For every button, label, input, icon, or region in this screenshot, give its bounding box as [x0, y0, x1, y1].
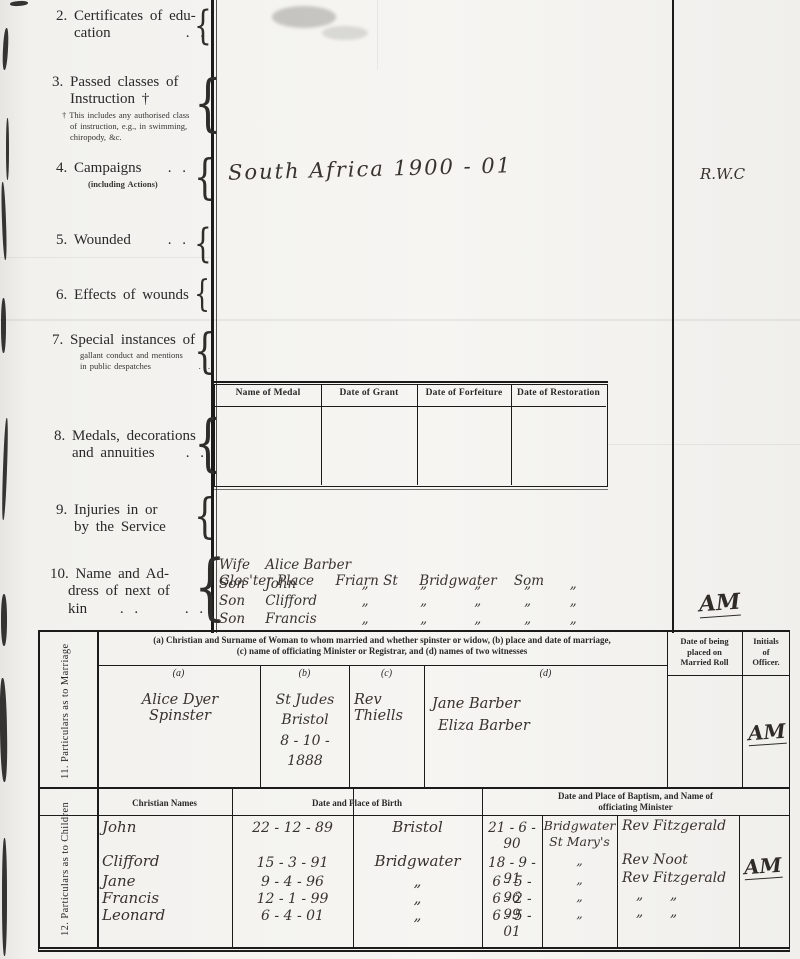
section-9-label: 9. Injuries in or by the Service	[56, 502, 206, 537]
children-birth-header: Date and Place of Birth	[232, 798, 482, 809]
paper-crease	[377, 0, 378, 70]
wife-status-line: Spinster	[110, 708, 250, 724]
initials-header-line3: Officer.	[743, 657, 789, 668]
medals-header-restoration: Date of Restoration	[511, 388, 606, 398]
marriage-officer-initials-monogram: AM	[747, 719, 786, 747]
footnote-line1: † This includes any authorised class	[62, 110, 214, 121]
section-8-dots: . .	[186, 445, 206, 462]
marriage-header-text: (a) Christian and Surname of Woman to wh…	[102, 635, 662, 658]
section-8-label: 8. Medals, decorations and annuities . .	[54, 428, 206, 463]
medals-header-underline	[215, 406, 606, 407]
marriage-col-a-divider	[260, 665, 261, 787]
pencil-smudge	[322, 26, 368, 40]
rule-right-divider	[672, 0, 674, 633]
child-name: Jane	[102, 872, 136, 890]
marriage-place-date: St Judes Bristol 8 - 10 - 1888	[262, 690, 348, 771]
marriage-witnesses: Jane Barber Eliza Barber	[432, 694, 572, 738]
marriage-city: Bristol	[262, 710, 348, 730]
kin-officer-initials-monogram: AM	[698, 589, 741, 619]
section-4-label: 4. Campaigns . .	[56, 160, 188, 177]
child-minister: Rev Fitzgerald	[622, 870, 737, 886]
paper-crease	[0, 257, 211, 258]
paper-tear-mark	[0, 678, 8, 782]
kin-relation: Son	[219, 576, 261, 592]
child-birth-place: „	[353, 872, 482, 890]
marriage-header-underline	[97, 665, 667, 666]
child-baptism-date: 21 - 6 - 90	[482, 820, 542, 852]
section-4-subnote: (including Actions)	[88, 179, 158, 190]
child-birth-place: „	[353, 889, 482, 907]
child-baptism-date: 6 - 5 - 01	[482, 908, 542, 940]
section-3-label: 3. Passed classes of Instruction †	[52, 74, 206, 109]
roll-header-underline	[667, 675, 789, 676]
section-7-label: 7. Special instances of	[52, 332, 208, 349]
children-baptplace-divider	[617, 815, 618, 947]
kin-address-dittos: „ „ „ „ „	[362, 576, 577, 592]
child-baptism-place: „	[542, 906, 617, 921]
kin-address-dittos: „ „ „ „ „	[362, 611, 577, 627]
child-minister-dittos: „ „	[636, 887, 736, 903]
roll-header-line2: placed on	[668, 647, 741, 658]
footnote-line3: chiropody, &c.	[62, 132, 214, 143]
medals-header-forfeiture: Date of Forfeiture	[417, 388, 511, 398]
next-of-kin-row: Son Francis „ „ „ „ „	[219, 611, 659, 627]
kin-name: John	[265, 576, 357, 592]
child-baptism-place: „	[542, 853, 617, 868]
section-2-line2: cation . .	[56, 25, 206, 42]
paper-tear-mark	[6, 118, 9, 180]
section-8-line1: 8. Medals, decorations	[54, 428, 206, 445]
medals-col-divider-1	[321, 385, 322, 485]
marriage-minister: Rev Thiells	[354, 692, 424, 724]
marriage-col-c-letter: (c)	[349, 668, 424, 679]
initials-officer-header: Initials of Officer.	[743, 636, 789, 668]
paper-tear-mark	[10, 0, 28, 6]
paper-tear-mark	[1, 298, 6, 353]
wife-name-line: Alice Dyer	[110, 692, 250, 708]
witness-1: Jane Barber	[432, 694, 572, 716]
paper-tear-mark	[1, 182, 8, 260]
section-3-line1: 3. Passed classes of	[52, 74, 206, 91]
section-3-footnote: † This includes any authorised class of …	[62, 110, 214, 143]
section-3-line2: Instruction †	[52, 91, 206, 108]
pencil-smudge	[272, 6, 336, 28]
roll-header-line3: Married Roll	[668, 657, 741, 668]
kin-address-dittos: „ „ „ „ „	[362, 593, 577, 609]
child-name: Clifford	[102, 852, 160, 870]
paper-tear-mark	[2, 28, 9, 70]
kin-name: Francis	[265, 611, 357, 627]
child-birth-place: „	[353, 906, 482, 924]
paper-tear-mark	[1, 594, 7, 646]
children-baptism-header: Date and Place of Baptism, and Name of o…	[482, 791, 789, 814]
marriage-wife-name: Alice Dyer Spinster	[110, 692, 250, 724]
campaigns-initials-handwriting: R.W.C	[700, 165, 745, 183]
kin-relation: Son	[219, 611, 261, 627]
marriage-children-table: 11. Particulars as to Marriage 12. Parti…	[38, 630, 790, 952]
section-4-line1: 4. Campaigns	[56, 160, 142, 177]
section-11-12-divider	[40, 787, 789, 789]
section-2-line2-text: cation	[74, 25, 111, 42]
baptism-header-line2: officiating Minister	[482, 802, 789, 813]
footnote-line2: of instruction, e.g., in swimming,	[62, 121, 214, 132]
service-record-page: { { { { { { { { { 2. Certificates of edu…	[0, 0, 800, 959]
child-birth-date: 12 - 1 - 99	[232, 891, 353, 907]
section-8-line2-text: and annuities	[72, 445, 155, 462]
marriage-col-a-letter: (a)	[97, 668, 260, 679]
section-12-side-label: 12. Particulars as to Children	[60, 792, 71, 945]
initials-header-line2: of	[743, 647, 789, 658]
witness-2: Eliza Barber	[432, 716, 572, 738]
section-2-label: 2. Certificates of edu- cation . .	[56, 8, 206, 43]
initials-col-divider-12	[739, 815, 740, 947]
section-4-dots: . .	[168, 160, 188, 177]
child-name: Leonard	[102, 906, 165, 924]
section-2-line1: 2. Certificates of edu-	[56, 8, 206, 25]
children-officer-initials-monogram: AM	[743, 853, 782, 881]
child-minister-dittos: „ „	[636, 904, 736, 920]
section-7-dots: . .	[199, 361, 212, 372]
section-7-subnote: gallant conduct and mentions in public d…	[80, 350, 212, 372]
kin-relation: Son	[219, 593, 261, 609]
section-7-note2: in public despatches . .	[80, 361, 212, 372]
marriage-col-b-divider	[349, 665, 350, 787]
kin-relation: Wife	[219, 557, 261, 573]
medals-table-bottomline-outer	[214, 489, 608, 490]
kin-name: Clifford	[265, 593, 357, 609]
child-birth-date: 15 - 3 - 91	[232, 855, 353, 871]
paper-crease	[0, 319, 800, 321]
initials-header-line1: Initials	[743, 636, 789, 647]
paper-tear-mark	[1, 418, 9, 520]
label-col-divider	[97, 632, 99, 947]
section-10-dots1: . .	[120, 601, 140, 617]
section-5-line1: 5. Wounded	[56, 232, 131, 249]
section-10-line2: dress of next of	[50, 583, 206, 600]
section-11-side-label: 11. Particulars as to Marriage	[60, 637, 71, 785]
child-baptism-place-line2: St Mary's	[542, 834, 617, 849]
marriage-date: 8 - 10 - 1888	[262, 731, 348, 772]
child-baptism-place: „	[542, 872, 617, 887]
medals-col-divider-3	[511, 385, 512, 485]
child-birth-place: Bridgwater	[353, 852, 482, 870]
medals-header-grant: Date of Grant	[321, 388, 417, 398]
child-birth-date: 6 - 4 - 01	[232, 908, 353, 924]
kin-name: Alice Barber	[265, 557, 357, 573]
brace-section-4: {	[194, 153, 215, 201]
child-minister: Rev Noot	[622, 852, 737, 868]
section-10-line3: kin . . . .	[50, 601, 206, 618]
medals-table: Name of Medal Date of Grant Date of Forf…	[214, 384, 608, 487]
next-of-kin-row: Son Clifford „ „ „ „ „	[219, 593, 659, 609]
baptism-header-line1: Date and Place of Baptism, and Name of	[482, 791, 789, 802]
child-birth-date: 22 - 12 - 89	[232, 820, 353, 836]
section-6-label: 6. Effects of wounds	[56, 287, 206, 304]
child-name: John	[102, 818, 136, 836]
child-name: Francis	[102, 889, 159, 907]
section-7-note1: gallant conduct and mentions	[80, 350, 212, 361]
children-header-underline	[40, 815, 789, 816]
campaigns-entry-handwriting: South Africa 1900 - 01	[228, 153, 513, 184]
section-10-dots2: . .	[185, 601, 205, 617]
section-10-label: 10. Name and Ad- dress of next of kin . …	[50, 566, 206, 618]
marriage-header-line1: (a) Christian and Surname of Woman to wh…	[102, 635, 662, 646]
section-7-note2-text: in public despatches	[80, 361, 151, 372]
child-birth-date: 9 - 4 - 96	[232, 874, 353, 890]
roll-header-line1: Date of being	[668, 636, 741, 647]
medals-table-topline-outer	[214, 381, 608, 383]
next-of-kin-row: Son John „ „ „ „ „	[219, 576, 659, 592]
married-roll-header: Date of being placed on Married Roll	[668, 636, 741, 668]
medals-col-divider-2	[417, 385, 418, 485]
section-9-line2: by the Service	[56, 519, 206, 536]
children-names-header: Christian Names	[97, 798, 232, 809]
medals-header-name: Name of Medal	[215, 388, 321, 398]
marriage-col-c-divider	[424, 665, 425, 787]
section-5-label: 5. Wounded . .	[56, 232, 188, 249]
section-5-dots: . .	[168, 232, 188, 249]
child-baptism-place: „	[542, 889, 617, 904]
section-10-line3-text: kin	[68, 601, 87, 617]
child-baptism-place: Bridgwater	[542, 818, 617, 833]
section-9-line1: 9. Injuries in or	[56, 502, 206, 519]
marriage-col-d-letter: (d)	[424, 668, 667, 679]
child-minister: Rev Fitzgerald	[622, 818, 737, 834]
brace-section-5: {	[194, 224, 212, 264]
child-birth-place: Bristol	[353, 818, 482, 836]
marriage-church: St Judes	[262, 690, 348, 710]
section-10-line1: 10. Name and Ad-	[50, 566, 206, 583]
paper-crease	[608, 444, 800, 445]
section-8-line2: and annuities . .	[54, 445, 206, 462]
marriage-col-b-letter: (b)	[260, 668, 349, 679]
section-2-dots: . .	[186, 25, 206, 42]
paper-tear-mark	[2, 838, 7, 956]
marriage-header-line2: (c) name of officiating Minister or Regi…	[102, 646, 662, 657]
